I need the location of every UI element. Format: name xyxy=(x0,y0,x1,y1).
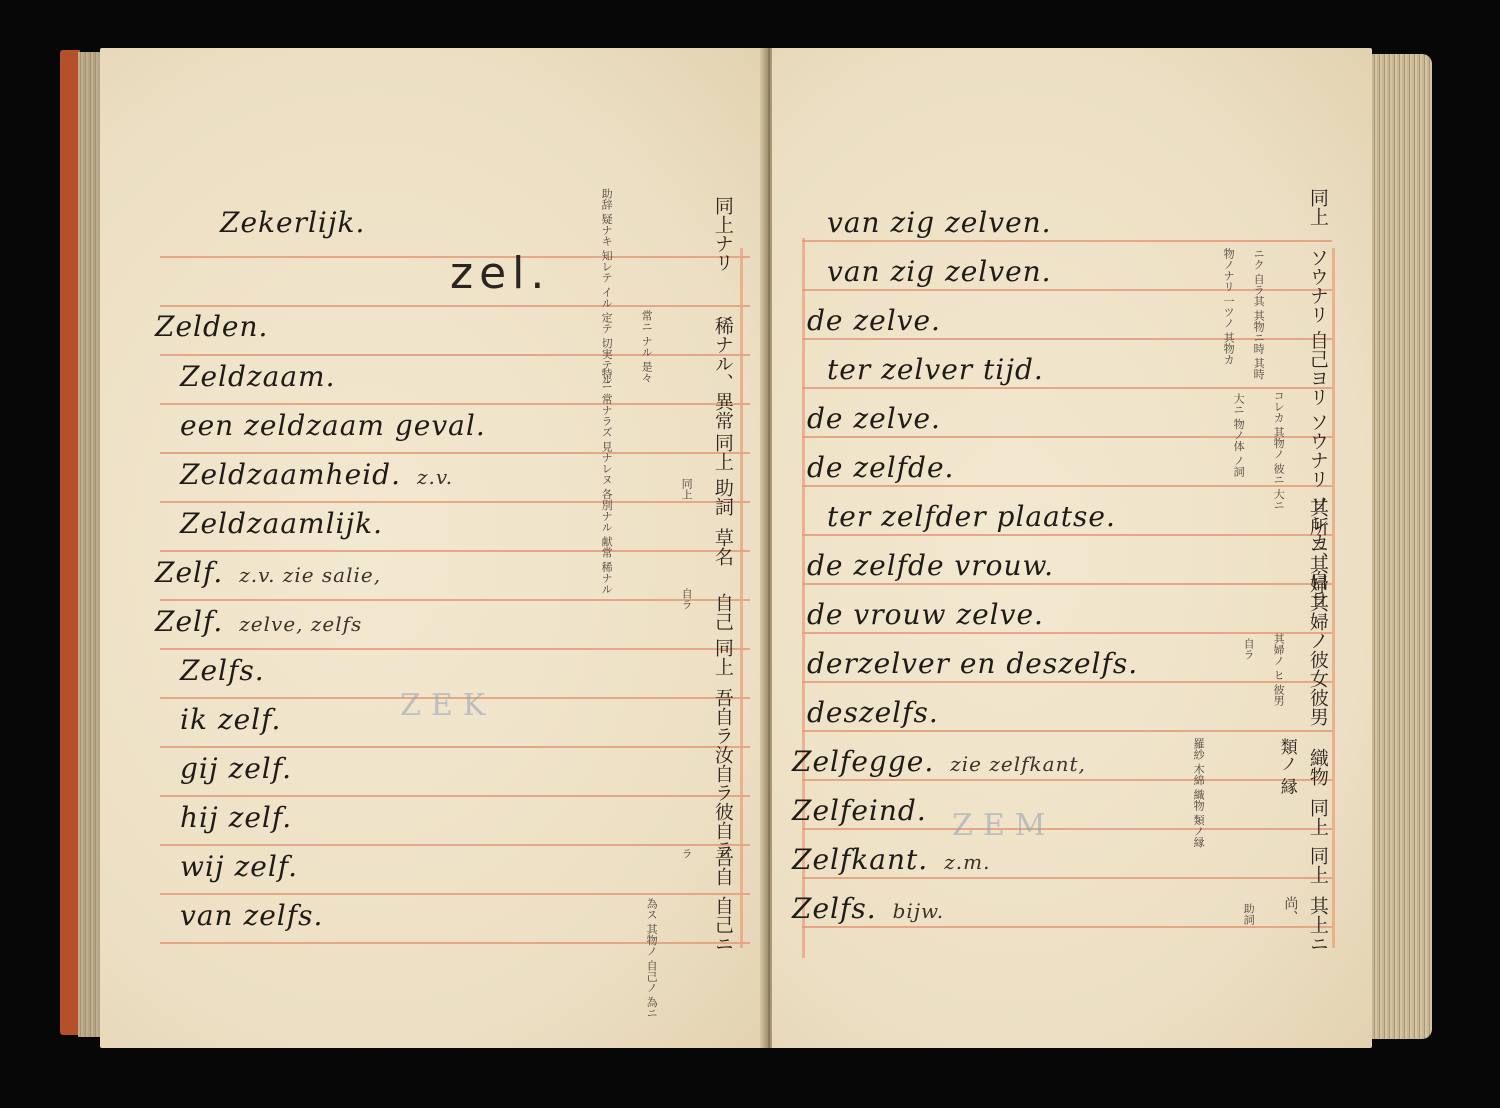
japanese-gloss-main: 其所ニ其婦其婦ノ彼女彼男 xyxy=(1307,498,1328,726)
japanese-gloss-note: 自ラ xyxy=(1242,638,1254,660)
section-heading: zel. xyxy=(450,248,550,299)
japanese-gloss-main: 同上 xyxy=(1307,798,1328,836)
entry-row: ter zelfder plaatse. xyxy=(827,500,1116,533)
japanese-gloss-main: 其上ニ xyxy=(1307,896,1328,953)
japanese-gloss-note: 尚、 xyxy=(1282,896,1297,924)
entry-row: Zelfeind. xyxy=(792,794,927,827)
japanese-gloss-main: 自己ニ xyxy=(712,896,733,953)
entry-row: Zelfkant.z.m. xyxy=(792,843,990,876)
japanese-gloss-main: 稀ナル、異常 xyxy=(712,316,733,430)
japanese-gloss-main: 同上ナリ xyxy=(712,196,733,272)
entry-row: Zelden. xyxy=(155,310,268,343)
japanese-gloss-note: 物ノナリ 一ツノ 其物カ xyxy=(1222,248,1234,365)
entry-row: de zelve. xyxy=(807,402,941,435)
entry-row: hij zelf. xyxy=(180,801,292,834)
japanese-gloss-note: ラ xyxy=(680,848,692,859)
entry-row: deszelfs. xyxy=(807,696,939,729)
japanese-gloss-main: 吾自 xyxy=(712,848,733,886)
entry-row: van zig zelven. xyxy=(827,206,1052,239)
japanese-gloss-main: 自己 xyxy=(712,593,733,631)
japanese-gloss-main: 同上 xyxy=(1307,188,1328,226)
japanese-gloss-main: 同上 xyxy=(712,638,733,676)
entry-row: Zelfs. xyxy=(180,654,265,687)
left-page: ZEK Zekerlijk. zel. Zelden. Zeldzaam. ee… xyxy=(100,48,768,1048)
entry-row: Zeldzaamlijk. xyxy=(180,507,383,540)
japanese-gloss-main: 吾自ラ汝自ラ彼自ラ xyxy=(712,688,733,859)
entry-row: gij zelf. xyxy=(180,752,292,785)
japanese-gloss-note: 常ニ ナル 是々 xyxy=(640,310,652,383)
japanese-gloss-main: 同上 xyxy=(1307,846,1328,884)
japanese-gloss-main: 草名 xyxy=(712,528,733,566)
entry-row: ter zelver tijd. xyxy=(827,353,1044,386)
entry-row: Zelfegge.zie zelfkant, xyxy=(792,745,1086,778)
entry-row: van zig zelven. xyxy=(827,255,1052,288)
japanese-gloss-main: 同上 xyxy=(712,433,733,471)
entry-row: van zelfs. xyxy=(180,899,323,932)
entry-row: de zelve. xyxy=(807,304,941,337)
entry-row: de vrouw zelve. xyxy=(807,598,1044,631)
book-cover-spine xyxy=(60,50,80,1035)
japanese-gloss-note: 其婦ノ ヒ 彼男 xyxy=(1272,633,1284,706)
japanese-gloss-note: ニク 自ラ其 其物ニ時 其時 xyxy=(1252,248,1264,380)
catchword: Zekerlijk. xyxy=(220,206,365,239)
bleed-through-text: ZEK xyxy=(400,688,495,723)
japanese-gloss-note: 特ニ 常ナラズ 見ナレヌ 各別ナル 献常 稀ナル xyxy=(600,368,612,594)
bleed-through-text: ZEM xyxy=(952,808,1055,843)
japanese-gloss-note: 為ス 其物ノ 自己ノ 為ニ xyxy=(645,898,657,1019)
entry-row: de zelfde. xyxy=(807,451,954,484)
entry-row: Zelf.z.v. zie salie, xyxy=(155,556,381,589)
entry-row: de zelfde vrouw. xyxy=(807,549,1054,582)
japanese-gloss-note: 類ノ 縁 xyxy=(1277,738,1296,794)
open-book: ZEK Zekerlijk. zel. Zelden. Zeldzaam. ee… xyxy=(60,40,1450,1065)
japanese-gloss-note: 自ラ xyxy=(680,588,692,610)
japanese-gloss-main: 助詞 xyxy=(712,478,733,516)
japanese-gloss-note: 助辞 疑ナキ 知レテ イル 定テ 切実テ ル xyxy=(600,188,612,385)
japanese-gloss-note: 助詞 xyxy=(1242,903,1254,925)
entry-row: wij zelf. xyxy=(180,850,298,883)
entry-row: een zeldzaam geval. xyxy=(180,409,486,442)
entry-row: Zeldzaam. xyxy=(180,360,336,393)
entry-row: derzelver en deszelfs. xyxy=(807,647,1138,680)
japanese-gloss-main: 織物 xyxy=(1307,748,1328,786)
entry-row: Zelfs.bijw. xyxy=(792,892,944,925)
japanese-gloss-note: 羅紗 木綿 織物 類ノ縁 xyxy=(1192,738,1204,848)
right-page: ZEM van zig zelven. van zig zelven. de z… xyxy=(772,48,1372,1048)
japanese-gloss-note: コレカ 其物ノ 彼ニ 大ニ xyxy=(1272,390,1284,511)
japanese-gloss-note: 同上 xyxy=(680,478,692,500)
entry-row: Zeldzaamheid.z.v. xyxy=(180,458,453,491)
entry-row: Zelf.zelve, zelfs xyxy=(155,605,362,638)
ruled-lines-left xyxy=(160,48,750,1048)
japanese-gloss-note: 大ニ 物ノ体 ノ詞 xyxy=(1232,393,1244,477)
entry-row: ik zelf. xyxy=(180,703,281,736)
